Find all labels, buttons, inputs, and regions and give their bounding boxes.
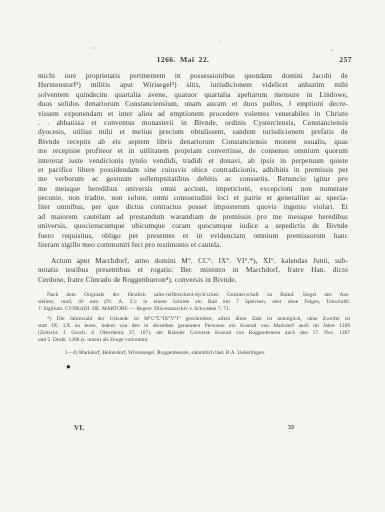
- text-line: solventem quindecim quartalia avene, qua…: [38, 90, 348, 99]
- text-line: Herntenstorf²) militis aput Wirisegel³) …: [38, 80, 348, 89]
- charter-text-paragraph-2: Actum aput Marchdorf, anno domini M°. CC…: [38, 256, 348, 284]
- text-line: Actum aput Marchdorf, anno domini M°. CC…: [38, 256, 348, 265]
- footer-volume-label: VI.: [74, 424, 84, 432]
- text-line: universis, quocienscumque ubicumque cora…: [38, 221, 348, 230]
- scan-speck: [92, 47, 95, 49]
- footnote-line: *) Die Jahreszahl der Urkunde ist M°C°C°…: [38, 316, 350, 323]
- footnote-place-names: 1—4) Markdorf, Helmsdorf, Wirrensegel, R…: [38, 350, 350, 357]
- text-line: literam sigillo meo communiri feci pro t…: [38, 240, 348, 249]
- text-line: fuero requisitus, obligo per presentes e…: [38, 231, 348, 240]
- footnote-line: und 2. Dezbr. 1268 (s. unten) als Zeuge …: [38, 337, 350, 344]
- text-line: notatis testibus presentibus et rogatis:…: [38, 265, 348, 274]
- charter-text-paragraph-1: michi iure proprietatis pertinentem in p…: [38, 71, 348, 249]
- text-line: et pacifice libere possidendam sine cuiu…: [38, 165, 348, 174]
- text-line: pecunie, non tradite, non solute, omni c…: [38, 193, 348, 202]
- text-line: intererat iuste vendicionis tytulo vendi…: [38, 156, 348, 165]
- scanned-document-page: 1266. Mai 22. 257 michi iure proprietati…: [0, 0, 385, 512]
- footnote-line: †. Sigillum. CVNRADI. DE. MARTORF. — Reg…: [38, 306, 350, 313]
- footer-signature-mark: 33: [288, 425, 294, 431]
- text-line: me meisque heredibus universis omni acci…: [38, 184, 348, 193]
- text-line: duos solidos denariorum Constanciensium,…: [38, 99, 348, 108]
- text-line: ad maiorem cautelam ad prestandum warand…: [38, 212, 348, 221]
- page-header: 1266. Mai 22. 257: [38, 55, 352, 66]
- footnote-line: (Zeitschr. f. Gesch. d. Oberrheins 37, 1…: [38, 330, 350, 337]
- page-number: 257: [339, 55, 352, 64]
- footnote-star: *) Die Jahreszahl der Urkunde ist M°C°C°…: [38, 316, 350, 344]
- text-line: me recepisse profiteor et in utilitatem …: [38, 146, 348, 155]
- scan-speck: [331, 49, 334, 51]
- scan-speck: [219, 41, 221, 43]
- text-line: Cerdone, fratre Cůnrado de Roggenburron⁴…: [38, 275, 348, 284]
- footnote-line: statt IX: LX zu lesen, indem von den in …: [38, 323, 350, 330]
- footnote-line: Nach dem Originale der fürstlich salm-re…: [38, 292, 350, 299]
- text-line: . . abbatissa et conventus monasterii in…: [38, 118, 348, 127]
- footnote-line: stellers, rund, 40 mm (IV. A. 2.): in ei…: [38, 299, 350, 306]
- text-line: Bivnde receptis ab eis septem libris den…: [38, 137, 348, 146]
- header-date: 1266. Mai 22.: [38, 55, 328, 64]
- text-line: me verborum ac gestuum sollempnitatibus …: [38, 174, 348, 183]
- footnote-source: Nach dem Originale der fürstlich salm-re…: [38, 292, 350, 313]
- text-line: dyocesis, utilius mihi et melius precium…: [38, 127, 348, 136]
- text-line: michi iure proprietatis pertinentem in p…: [38, 71, 348, 80]
- footnote-line: 1—4) Markdorf, Helmsdorf, Wirrensegel, R…: [38, 350, 350, 357]
- text-line: liter omnibus, per que dictus contractus…: [38, 202, 348, 211]
- text-line: vissem exponendam et inter alios ad empt…: [38, 109, 348, 118]
- bullet-mark: ●: [66, 362, 71, 371]
